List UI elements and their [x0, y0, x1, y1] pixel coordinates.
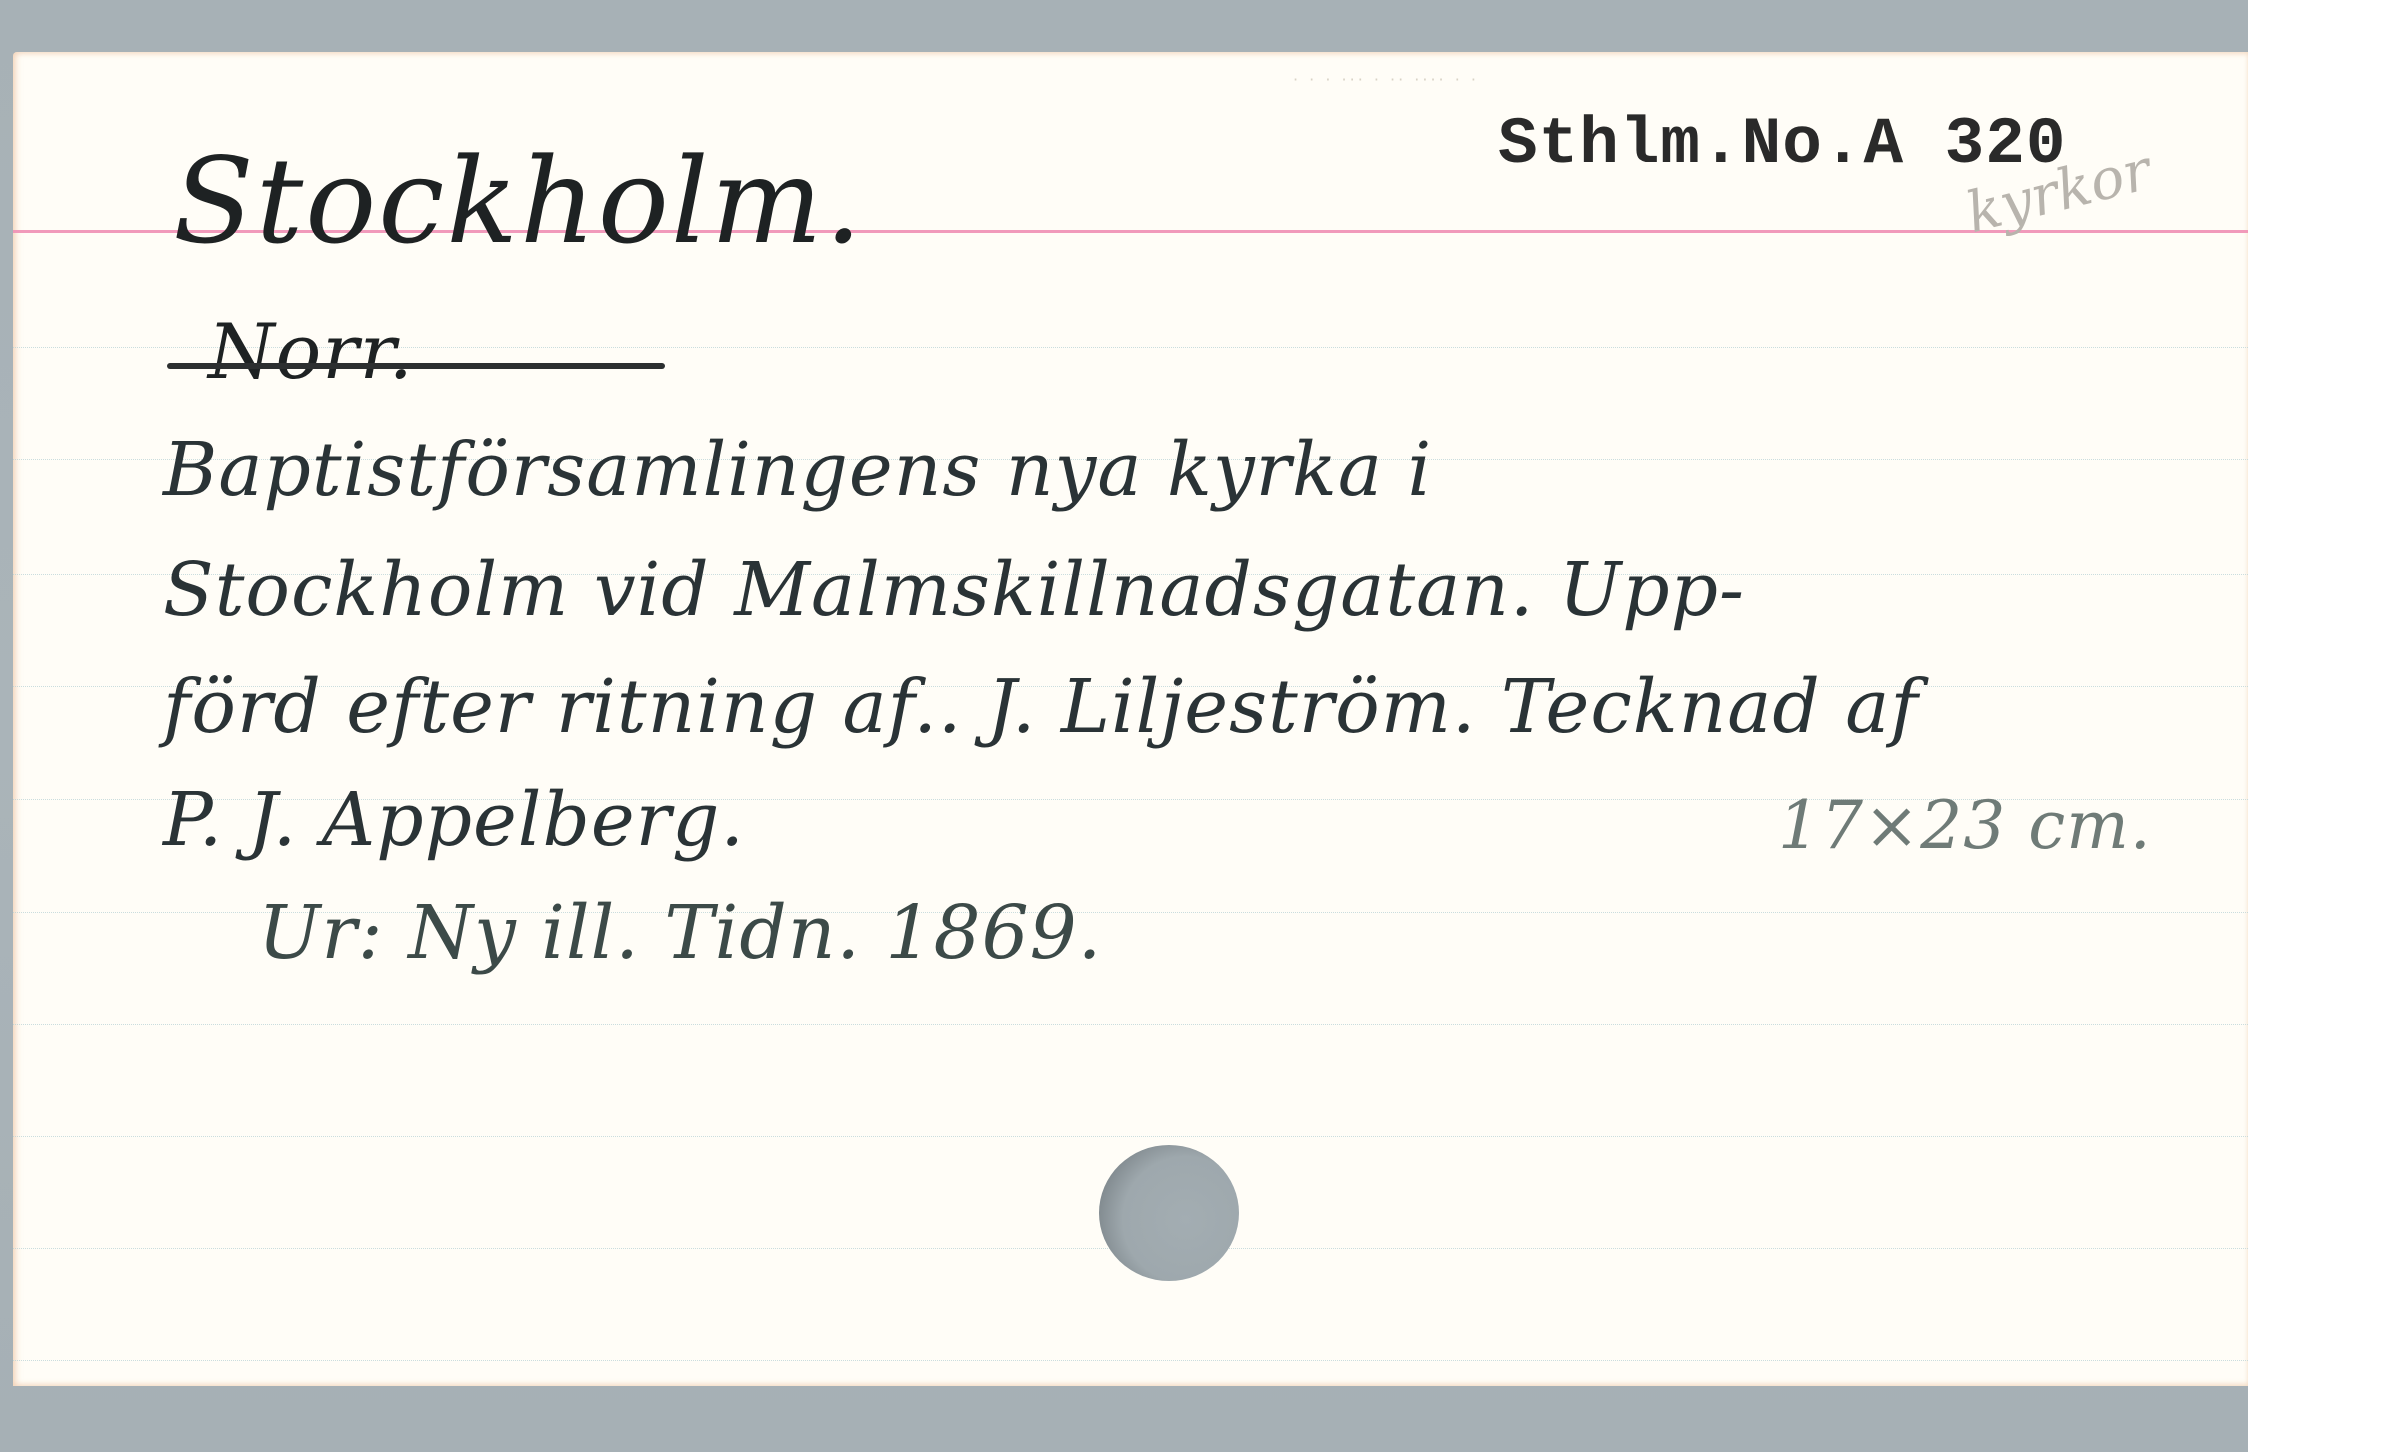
- description-line: Baptistförsamlingens nya kyrka i: [163, 427, 1432, 513]
- ruled-line: [13, 1136, 2248, 1138]
- punch-hole: [1099, 1145, 1239, 1281]
- scan-canvas: · · · ··· · ·· ···· · · Stockholm. Sthlm…: [0, 0, 2391, 1452]
- dimensions-note: 17×23 cm.: [1778, 787, 2152, 864]
- bleed-through-marks: · · · ··· · ·· ···· · ·: [1293, 70, 1479, 89]
- district-label: Norr.: [208, 307, 414, 396]
- description-line: Stockholm vid Malmskillnadsgatan. Upp-: [163, 547, 1745, 633]
- ruled-line: [13, 1024, 2248, 1026]
- reference-number: Sthlm.No.A 320: [1498, 107, 2067, 182]
- description-line: förd efter ritning af.. J. Liljeström. T…: [163, 664, 1919, 750]
- source-line: Ur: Ny ill. Tidn. 1869.: [258, 890, 1102, 976]
- artist-line: P. J. Appelberg.: [163, 777, 745, 863]
- card-title: Stockholm.: [173, 132, 864, 270]
- catalog-card: · · · ··· · ·· ···· · · Stockholm. Sthlm…: [13, 52, 2248, 1386]
- district-underline: [167, 363, 665, 369]
- ruled-line: [13, 1360, 2248, 1362]
